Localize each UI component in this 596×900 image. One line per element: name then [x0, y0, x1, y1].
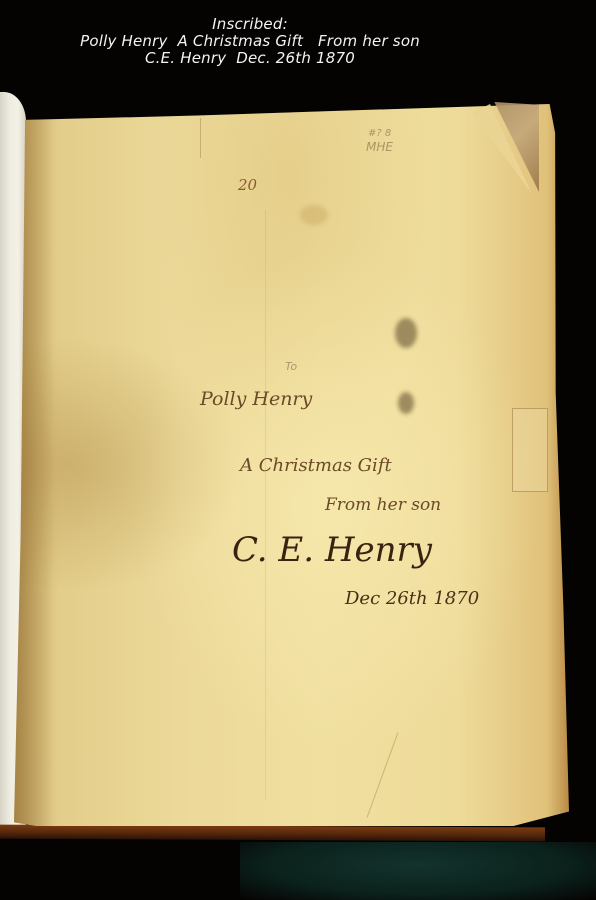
book-cover-edge: [0, 825, 545, 842]
paper-repair-patch: [512, 408, 548, 492]
caption-heading: Inscribed:: [0, 16, 500, 33]
caption-line-recipient: Polly Henry A Christmas Gift From her so…: [0, 33, 500, 50]
stain-mark: [300, 205, 328, 225]
inscription-from-line: From her son: [325, 495, 441, 515]
inscription-gift-line: A Christmas Gift: [240, 455, 392, 476]
inscription-recipient: Polly Henry: [200, 388, 312, 410]
inscription-signature: C. E. Henry: [232, 530, 432, 570]
pencil-note-top: #? 8: [368, 128, 391, 139]
caption-line-signature: C.E. Henry Dec. 26th 1870: [0, 50, 500, 67]
page-crease: [200, 118, 201, 158]
inscription-date: Dec 26th 1870: [345, 588, 479, 609]
green-cloth-background: [240, 842, 596, 900]
stain-mark: [395, 318, 417, 348]
page-crease: [265, 210, 266, 800]
image-caption: Inscribed: Polly Henry A Christmas Gift …: [0, 16, 500, 67]
stain-mark: [398, 392, 414, 414]
pencil-page-number: 20: [238, 176, 257, 194]
pencil-to-note: To: [285, 360, 297, 373]
pencil-note-initials: MHE: [366, 140, 393, 154]
